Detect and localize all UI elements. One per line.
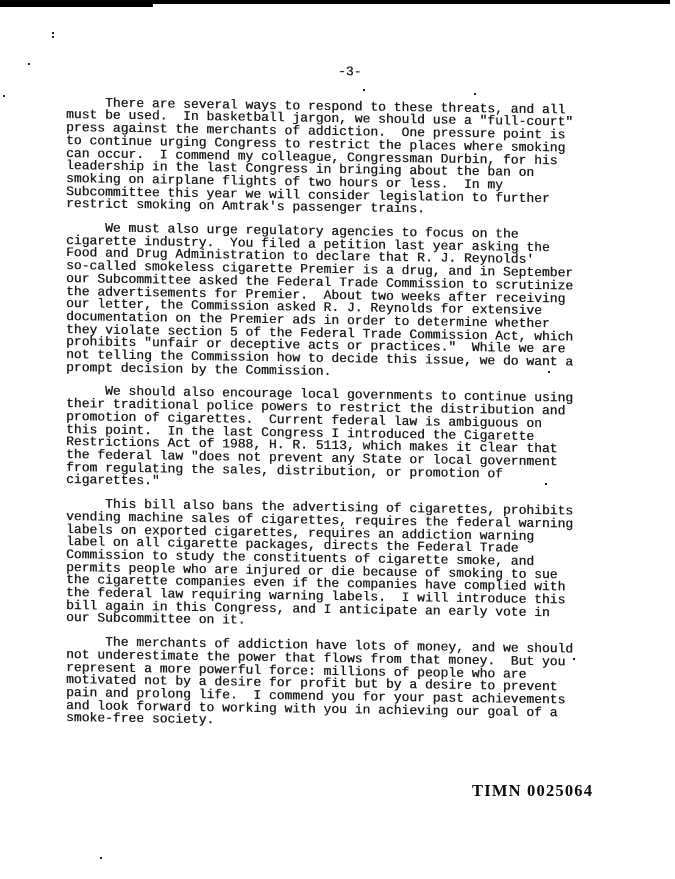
scan-speck — [545, 483, 547, 485]
page-number: -3- — [66, 62, 614, 83]
paragraph-closing: The merchants of addiction have lots of … — [66, 636, 614, 733]
scan-speck — [548, 371, 550, 373]
scan-speck — [100, 857, 102, 859]
scanned-document-page: -3- There are several ways to respond to… — [0, 0, 675, 879]
paragraph-regulatory-agencies: We must also urge regulatory agencies to… — [66, 222, 614, 383]
scan-speck — [573, 658, 575, 660]
scan-speck — [474, 93, 476, 95]
scan-speck — [28, 63, 30, 65]
scan-speck — [363, 89, 365, 91]
scan-speck — [52, 32, 54, 34]
paragraph-local-governments: We should also encourage local governmen… — [66, 385, 614, 495]
scan-speck — [3, 95, 5, 97]
bates-number-stamp: TIMN 0025064 — [472, 781, 593, 801]
typewritten-text-block: -3- There are several ways to respond to… — [66, 0, 614, 744]
paragraph-bill-provisions: This bill also bans the advertising of c… — [66, 498, 614, 633]
paragraph-threats-response: There are several ways to respond to the… — [66, 97, 614, 219]
